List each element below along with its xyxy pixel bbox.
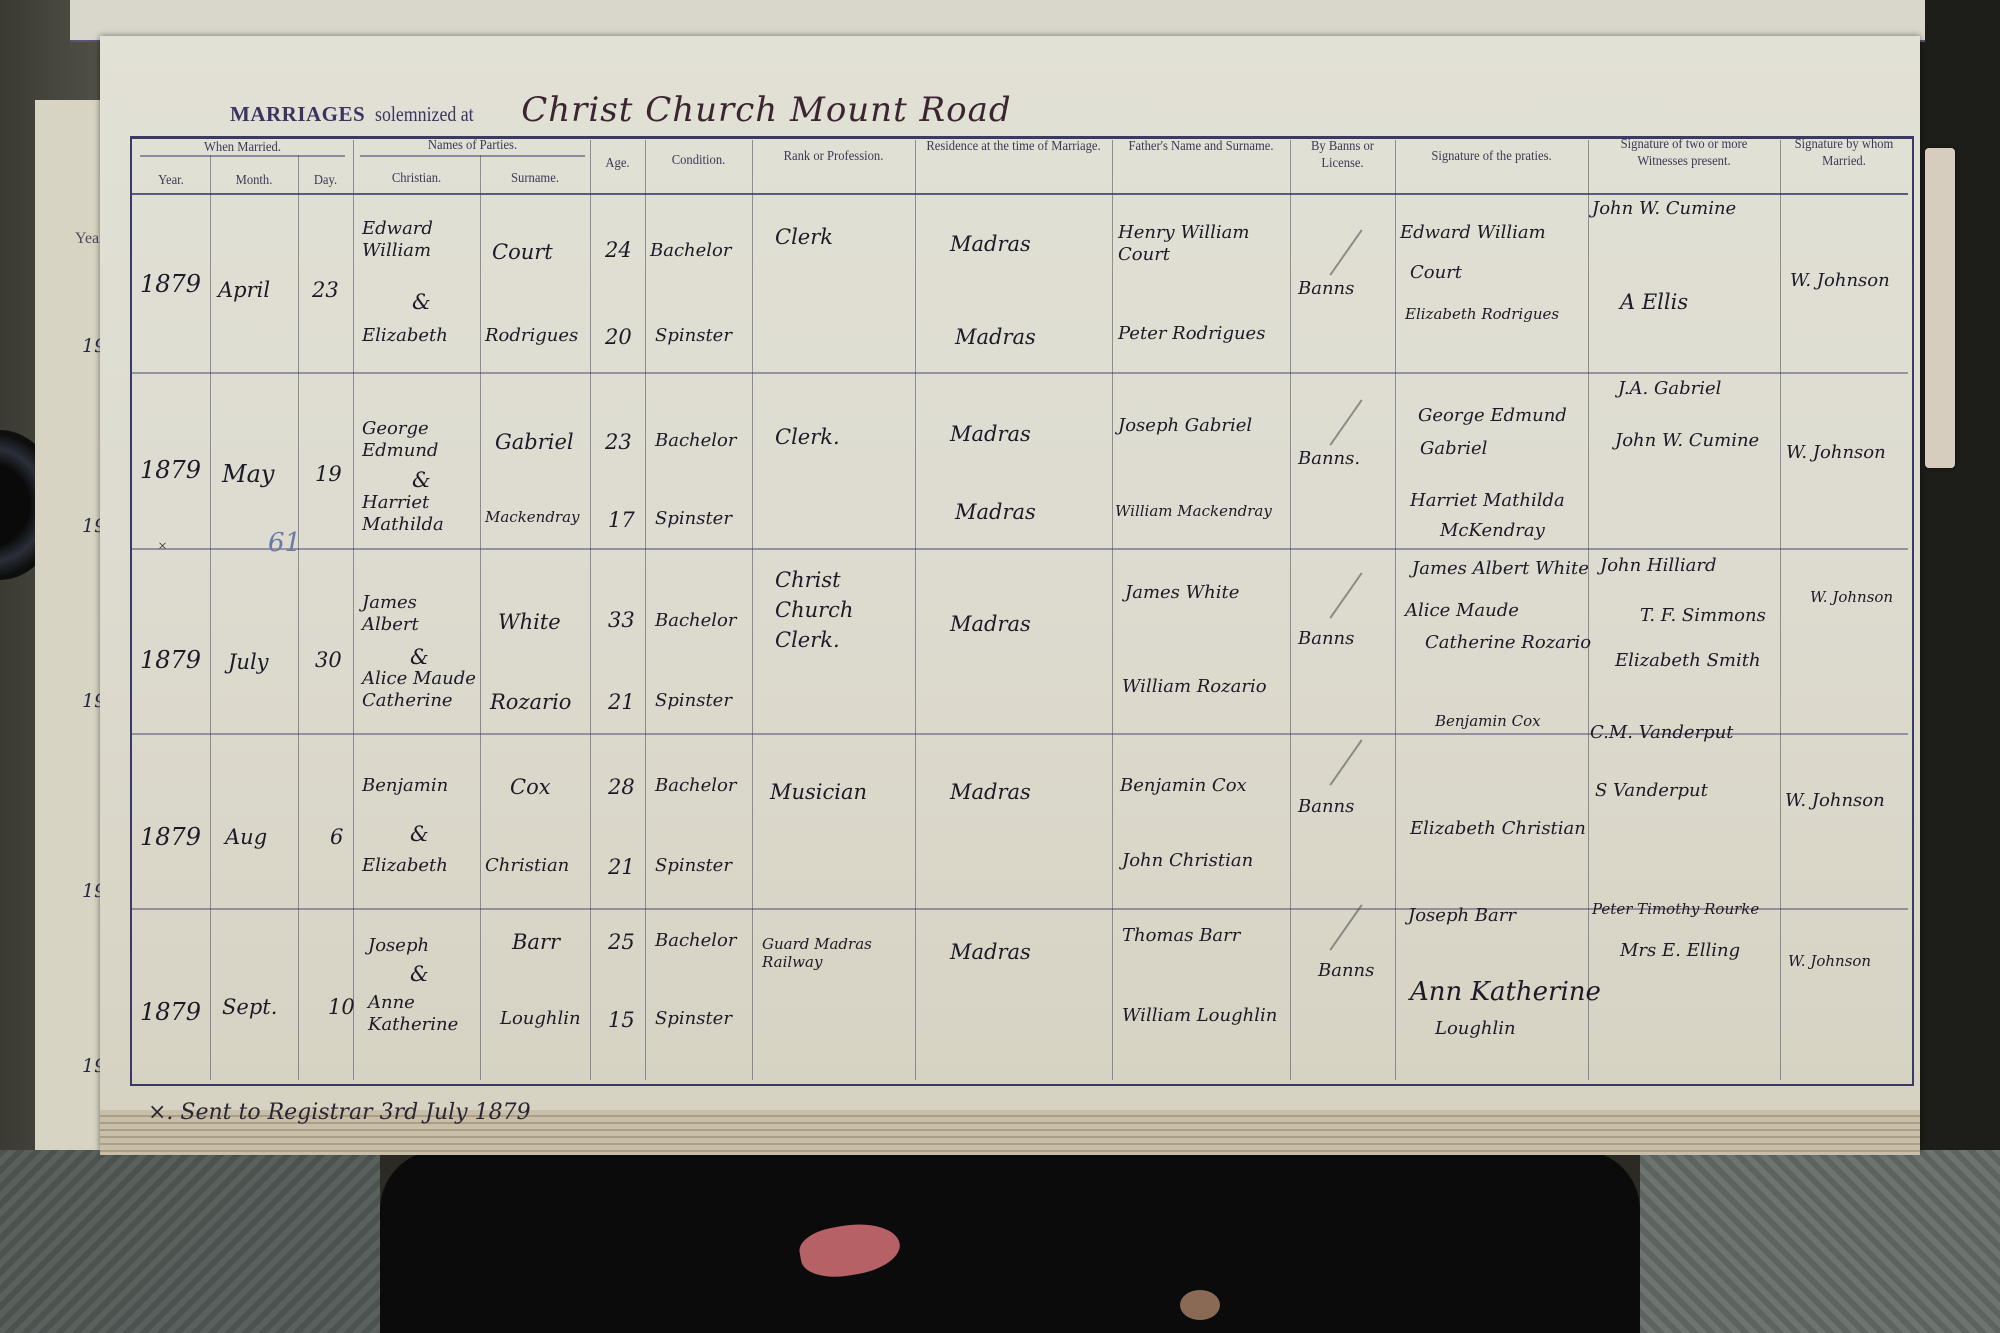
groom-condition: Bachelor	[650, 240, 731, 262]
groom-age: 28	[608, 775, 635, 799]
entry-day: 10	[328, 995, 355, 1019]
party-signature: Gabriel	[1420, 438, 1487, 460]
bride-surname: Rodrigues	[485, 325, 578, 347]
officiant-signature: W. Johnson	[1788, 952, 1871, 970]
groom-surname: Cox	[510, 775, 551, 799]
bride-christian: Elizabeth	[362, 325, 448, 347]
banns-license: Banns.	[1298, 448, 1360, 470]
witness-signature: J.A. Gabriel	[1618, 378, 1721, 400]
witness-signature: John W. Cumine	[1615, 430, 1759, 452]
column-divider	[1395, 140, 1396, 1080]
header-names-of-parties: Names of Parties.	[371, 137, 574, 154]
party-signature: Alice Maude	[1405, 600, 1519, 622]
header-rank: Rank or Profession.	[760, 148, 907, 165]
groom-surname: Gabriel	[495, 430, 574, 454]
party-signature: Catherine Rozario	[1425, 632, 1591, 654]
bride-condition: Spinster	[655, 690, 732, 712]
party-signature: Elizabeth Christian	[1410, 818, 1586, 840]
party-signature: Loughlin	[1435, 1018, 1516, 1040]
groom-father: Joseph Gabriel	[1118, 415, 1252, 437]
groom-condition: Bachelor	[655, 775, 736, 797]
officiant-signature: W. Johnson	[1786, 442, 1886, 464]
groom-surname: Court	[492, 240, 553, 264]
header-witnesses: Signature of two or more Witnesses prese…	[1598, 136, 1771, 170]
witness-signature: A Ellis	[1620, 290, 1688, 314]
header-condition: Condition.	[650, 152, 746, 169]
header-age: Age.	[593, 155, 643, 172]
groom-age: 24	[605, 238, 632, 262]
groom-condition: Bachelor	[655, 610, 736, 632]
bride-surname: Loughlin	[500, 1008, 581, 1030]
fabric-bud	[1180, 1290, 1220, 1320]
title-suffix: solemnized at	[375, 102, 474, 127]
bride-christian: Elizabeth	[362, 855, 448, 877]
joiner: &	[410, 962, 429, 986]
banns-license: Banns	[1298, 278, 1354, 300]
entry-day: 6	[330, 825, 343, 849]
bride-age: 20	[605, 325, 632, 349]
bride-father: William Loughlin	[1122, 1005, 1277, 1027]
groom-age: 25	[608, 930, 635, 954]
bride-condition: Spinster	[655, 325, 732, 347]
groom-christian: Edward William	[362, 218, 477, 262]
column-divider	[590, 140, 591, 1080]
header-sig-by: Signature by whom Married.	[1786, 136, 1901, 170]
column-divider	[480, 155, 481, 1080]
header-month: Month.	[214, 172, 293, 189]
witness-signature: S Vanderput	[1595, 780, 1708, 802]
header-residence: Residence at the time of Marriage.	[925, 138, 1102, 155]
banns-license: Banns	[1318, 960, 1374, 982]
party-signature: Joseph Barr	[1408, 905, 1516, 927]
party-signature: James Albert White	[1412, 558, 1589, 580]
groom-father: James White	[1125, 582, 1239, 604]
header-christian: Christian.	[359, 170, 473, 187]
entry-day: 23	[312, 278, 339, 302]
column-divider	[1588, 140, 1589, 1080]
bride-age: 21	[608, 690, 635, 714]
cross-mark: ×	[158, 538, 167, 556]
entry-month: Sept.	[222, 995, 277, 1019]
registrar-note: ×. Sent to Registrar 3rd July 1879	[148, 1100, 531, 1125]
entry-year: 1879	[140, 825, 201, 849]
groom-age: 23	[605, 430, 632, 454]
party-signature: Ann Katherine	[1410, 980, 1601, 1004]
entry-month: April	[218, 278, 270, 302]
column-divider	[1112, 140, 1113, 1080]
party-signature: George Edmund	[1418, 405, 1567, 427]
party-signature: Edward William	[1400, 222, 1546, 244]
header-year: Year.	[136, 172, 206, 189]
joiner: &	[412, 290, 431, 314]
joiner: &	[410, 822, 429, 846]
groom-age: 33	[608, 608, 635, 632]
bride-father: William Mackendray	[1115, 502, 1272, 520]
column-divider	[1780, 140, 1781, 1080]
column-divider	[915, 140, 916, 1080]
groom-father: Thomas Barr	[1122, 925, 1240, 947]
register-title: MARRIAGES solemnized at Christ Church Mo…	[230, 90, 1012, 130]
entry-month: Aug	[225, 825, 267, 849]
witness-signature: Peter Timothy Rourke	[1592, 900, 1759, 918]
bride-father: John Christian	[1122, 850, 1253, 872]
groom-condition: Bachelor	[655, 930, 736, 952]
entry-month: May	[222, 462, 274, 486]
bride-father: William Rozario	[1122, 676, 1267, 698]
floor-left	[0, 1150, 380, 1333]
bride-christian: Anne Katherine	[368, 992, 483, 1036]
party-signature: McKendray	[1440, 520, 1545, 542]
entry-month: July	[228, 650, 269, 674]
witness-signature: Elizabeth Smith	[1615, 650, 1761, 672]
entry-year: 1879	[140, 648, 201, 672]
groom-rank: Clerk.	[775, 425, 840, 449]
floor-right	[1640, 1150, 2000, 1333]
banns-license: Banns	[1298, 796, 1354, 818]
witness-signature: C.M. Vanderput	[1590, 722, 1734, 744]
group-underline	[360, 155, 585, 157]
party-signature: Court	[1410, 262, 1462, 284]
bride-surname: Mackendray	[485, 508, 580, 526]
groom-residence: Madras	[950, 612, 1031, 636]
entry-year: 1879	[140, 458, 201, 482]
officiant-signature: W. Johnson	[1810, 588, 1893, 606]
header-day: Day.	[301, 172, 351, 189]
column-divider	[645, 140, 646, 1080]
witness-signature: John Hilliard	[1600, 555, 1717, 577]
joiner: &	[410, 645, 429, 669]
party-signature: Elizabeth Rodrigues	[1405, 305, 1559, 323]
groom-condition: Bachelor	[655, 430, 736, 452]
bride-age: 15	[608, 1008, 635, 1032]
entry-year: 1879	[140, 272, 201, 296]
header-when-married: When Married.	[150, 139, 335, 156]
bride-condition: Spinster	[655, 855, 732, 877]
bride-residence: Madras	[955, 500, 1036, 524]
party-signature: Harriet Mathilda	[1410, 490, 1565, 512]
floral-fabric	[380, 1150, 1640, 1333]
joiner: &	[412, 468, 431, 492]
banns-license: Banns	[1298, 628, 1354, 650]
bride-age: 17	[608, 508, 635, 532]
groom-father: Benjamin Cox	[1120, 775, 1247, 797]
row-divider	[132, 548, 1908, 550]
groom-residence: Madras	[950, 780, 1031, 804]
desk-background-right	[1910, 0, 2000, 1333]
officiant-signature: W. Johnson	[1785, 790, 1885, 812]
groom-christian: Joseph	[368, 935, 429, 957]
header-divider	[132, 193, 1908, 195]
groom-christian: Benjamin	[362, 775, 448, 797]
groom-father: Henry William Court	[1118, 222, 1288, 266]
groom-rank: Christ Church Clerk.	[775, 565, 875, 655]
groom-rank: Guard Madras Railway	[762, 935, 912, 971]
groom-residence: Madras	[950, 422, 1031, 446]
pencil-note: 61	[268, 528, 301, 558]
column-divider	[752, 140, 753, 1080]
bride-father: Peter Rodrigues	[1118, 323, 1265, 345]
groom-surname: White	[498, 610, 561, 634]
entry-year: 1879	[140, 1000, 201, 1024]
header-banns: By Banns or License.	[1295, 138, 1390, 172]
column-divider	[353, 140, 354, 1080]
officiant-signature: W. Johnson	[1790, 270, 1890, 292]
header-surname: Surname.	[486, 170, 585, 187]
header-father: Father's Name and Surname.	[1121, 138, 1281, 155]
row-divider	[132, 372, 1908, 374]
groom-surname: Barr	[512, 930, 560, 954]
groom-residence: Madras	[950, 940, 1031, 964]
entry-day: 30	[315, 648, 342, 672]
witness-signature: Mrs E. Elling	[1620, 940, 1740, 962]
title-printed: MARRIAGES	[230, 102, 365, 127]
bride-surname: Rozario	[490, 690, 571, 714]
column-divider	[298, 155, 299, 1080]
bride-condition: Spinster	[655, 508, 732, 530]
bride-age: 21	[608, 855, 635, 879]
place-handwritten: Christ Church Mount Road	[521, 90, 1011, 130]
column-divider	[210, 155, 211, 1080]
witness-signature: T. F. Simmons	[1640, 605, 1766, 627]
witness-signature: John W. Cumine	[1592, 198, 1736, 220]
header-sig-parties: Signature of the praties.	[1405, 148, 1579, 165]
groom-christian: James Albert	[362, 592, 472, 636]
bride-christian: Harriet Mathilda	[362, 492, 477, 536]
groom-residence: Madras	[950, 232, 1031, 256]
bride-christian: Alice Maude Catherine	[362, 668, 477, 712]
bride-surname: Christian	[485, 855, 569, 877]
entry-day: 19	[315, 462, 342, 486]
bride-condition: Spinster	[655, 1008, 732, 1030]
groom-rank: Clerk	[775, 225, 833, 249]
column-divider	[1290, 140, 1291, 1080]
groom-rank: Musician	[770, 780, 867, 804]
bride-residence: Madras	[955, 325, 1036, 349]
torn-paper-strip	[1925, 148, 1955, 468]
groom-christian: George Edmund	[362, 418, 477, 462]
party-signature: Benjamin Cox	[1435, 712, 1541, 730]
